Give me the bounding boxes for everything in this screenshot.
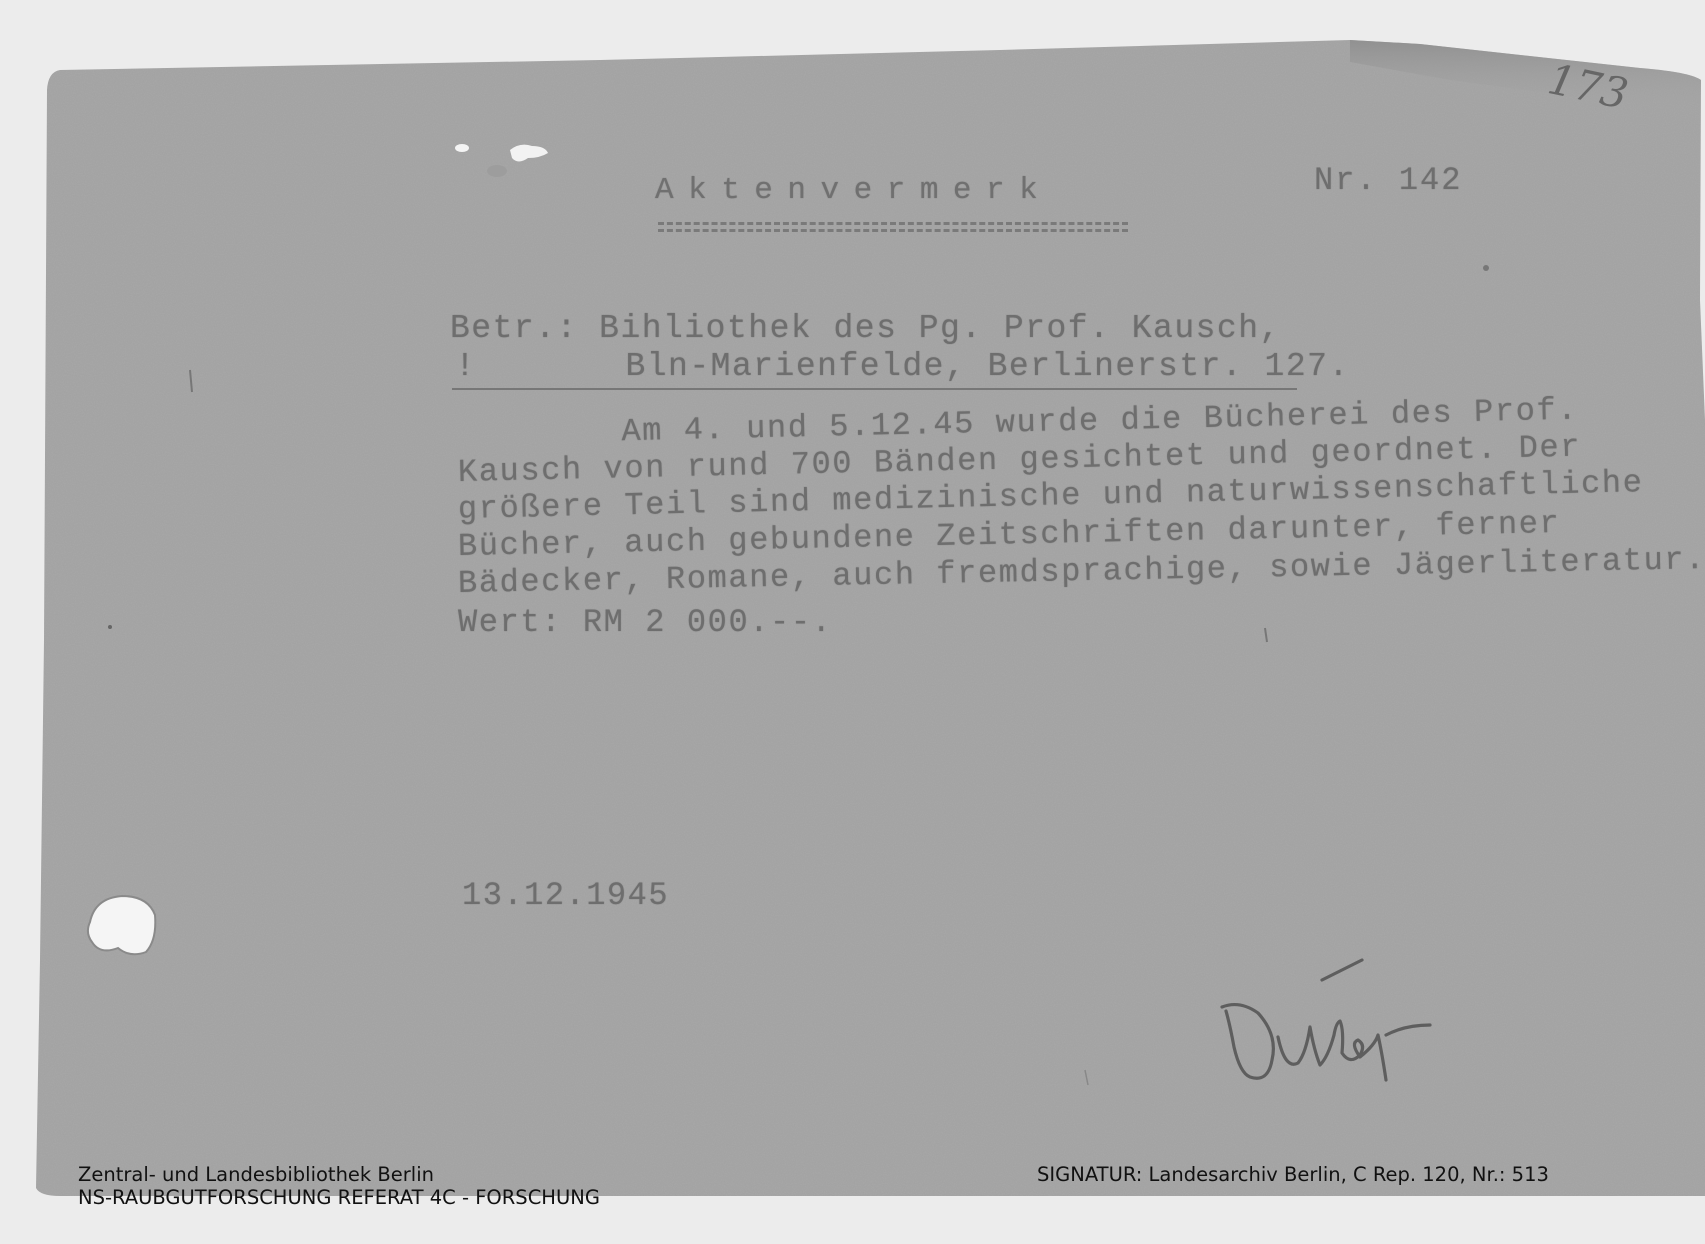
department-name: NS-RAUBGUTFORSCHUNG REFERAT 4C - FORSCHU…: [78, 1186, 600, 1209]
subject-line-2: ! Bln-Marienfelde, Berlinerstr. 127.: [455, 350, 1350, 383]
title-underline: [658, 222, 1128, 225]
footer-institution: Zentral- und Landesbibliothek Berlin NS-…: [78, 1163, 600, 1209]
subject-text-1: Bihliothek des Pg. Prof. Kausch,: [599, 310, 1281, 347]
title-underline-second: [658, 229, 1128, 232]
institution-name: Zentral- und Landesbibliothek Berlin: [78, 1163, 434, 1186]
memo-date: 13.12.1945: [462, 880, 669, 912]
memo-number: Nr. 142: [1314, 165, 1462, 197]
footer-signatur: SIGNATUR: Landesarchiv Berlin, C Rep. 12…: [1037, 1163, 1549, 1186]
subject-underline: [452, 388, 1297, 390]
body-line: Wert: RM 2 000.--.: [458, 607, 832, 639]
subject-label: Betr.:: [450, 310, 578, 347]
subject-text-2: Bln-Marienfelde, Berlinerstr. 127.: [625, 348, 1349, 385]
document-scan: 173 Aktenvermerk Nr. 142 Betr.: Bihlioth…: [0, 0, 1705, 1244]
handwritten-signature: Dübler: [1210, 935, 1440, 1085]
document-title: Aktenvermerk: [655, 175, 1052, 206]
subject-line-1: Betr.: Bihliothek des Pg. Prof. Kausch,: [450, 312, 1281, 345]
margin-mark: !: [455, 348, 476, 385]
